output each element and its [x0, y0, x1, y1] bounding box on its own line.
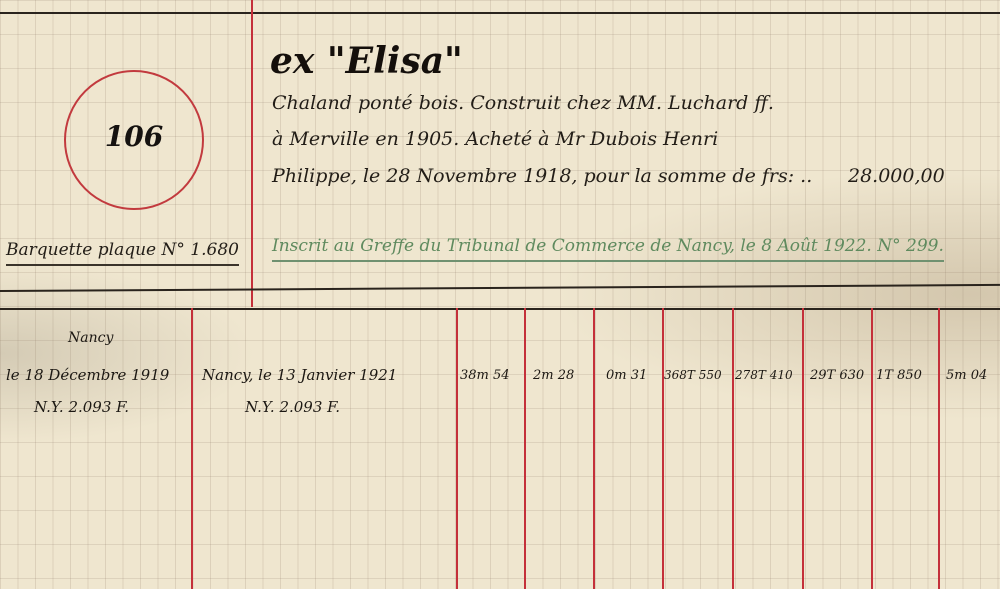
- header-divider-red: [251, 0, 253, 307]
- description-line: Philippe, le 28 Novembre 1918, pour la s…: [272, 165, 812, 187]
- measure-tonnage-3: 29T 630: [810, 368, 864, 383]
- column-rule: [456, 308, 458, 589]
- measure-tonnage-1: 368T 550: [664, 368, 722, 382]
- measure-tonnage-4: 1T 850: [876, 368, 922, 383]
- measure-length: 38m 54: [460, 368, 510, 383]
- col2-date: Nancy, le 13 Janvier 1921: [202, 366, 397, 384]
- purchase-amount: 28.000,00: [848, 165, 945, 187]
- measure-width: 2m 28: [533, 368, 574, 383]
- column-rule: [938, 308, 940, 589]
- entry-number: 106: [105, 120, 163, 153]
- column-rule: [732, 308, 734, 589]
- description-line: Chaland ponté bois. Construit chez MM. L…: [272, 92, 774, 114]
- boat-name-title: ex "Elisa": [270, 40, 463, 82]
- column-rule: [802, 308, 804, 589]
- column-rule: [871, 308, 873, 589]
- column-rule: [524, 308, 526, 589]
- measure-tonnage-2: 278T 410: [735, 368, 793, 382]
- entry-number-circle: 106: [64, 70, 204, 210]
- column-rule: [662, 308, 664, 589]
- col1-date: le 18 Décembre 1919: [6, 366, 169, 384]
- measure-draft: 5m 04: [946, 368, 987, 383]
- description-line: à Merville en 1905. Acheté à Mr Dubois H…: [272, 128, 718, 150]
- col1-place: Nancy: [68, 330, 113, 346]
- registration-note: Inscrit au Greffe du Tribunal de Commerc…: [272, 236, 944, 262]
- col2-ref: N.Y. 2.093 F.: [245, 398, 340, 416]
- plate-label: Barquette plaque N° 1.680: [6, 240, 239, 266]
- table-top-rule: [0, 308, 1000, 310]
- top-rule: [0, 12, 1000, 14]
- col1-ref: N.Y. 2.093 F.: [34, 398, 129, 416]
- column-rule: [593, 308, 595, 589]
- column-rule: [191, 308, 193, 589]
- measure-depth: 0m 31: [606, 368, 647, 383]
